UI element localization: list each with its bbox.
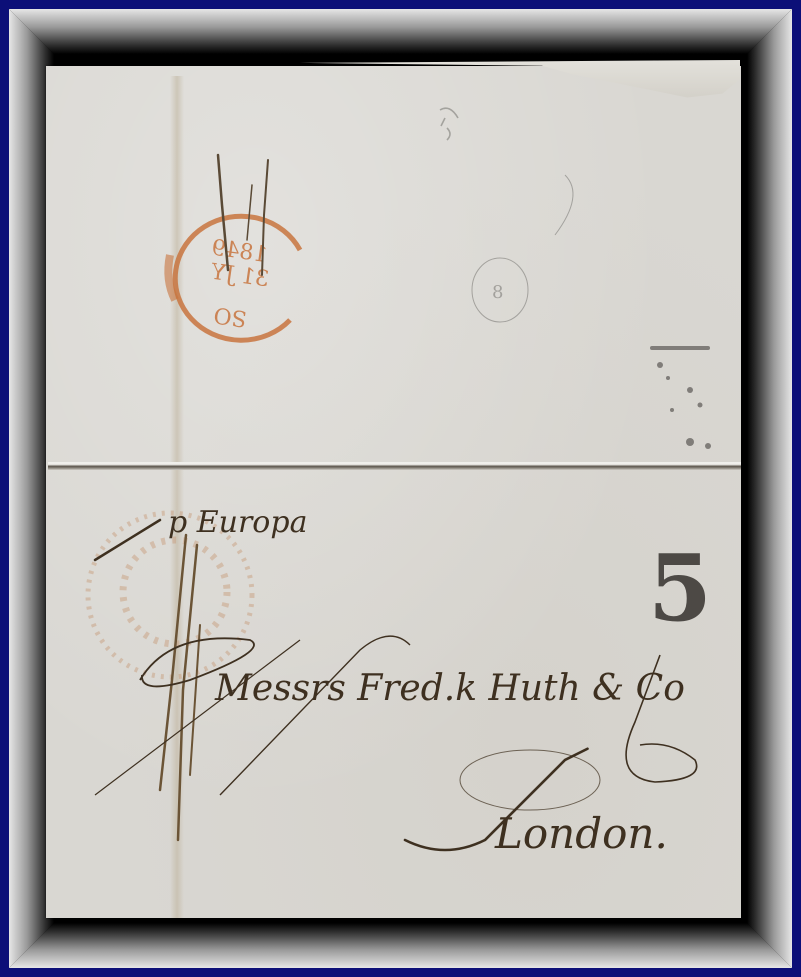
horizontal-fold-crease [48,462,741,470]
bevel-right [747,9,792,968]
vertical-fold-crease [170,76,184,918]
bevel-top [9,9,792,54]
folded-letter [46,66,741,918]
bevel-bottom [9,923,792,968]
